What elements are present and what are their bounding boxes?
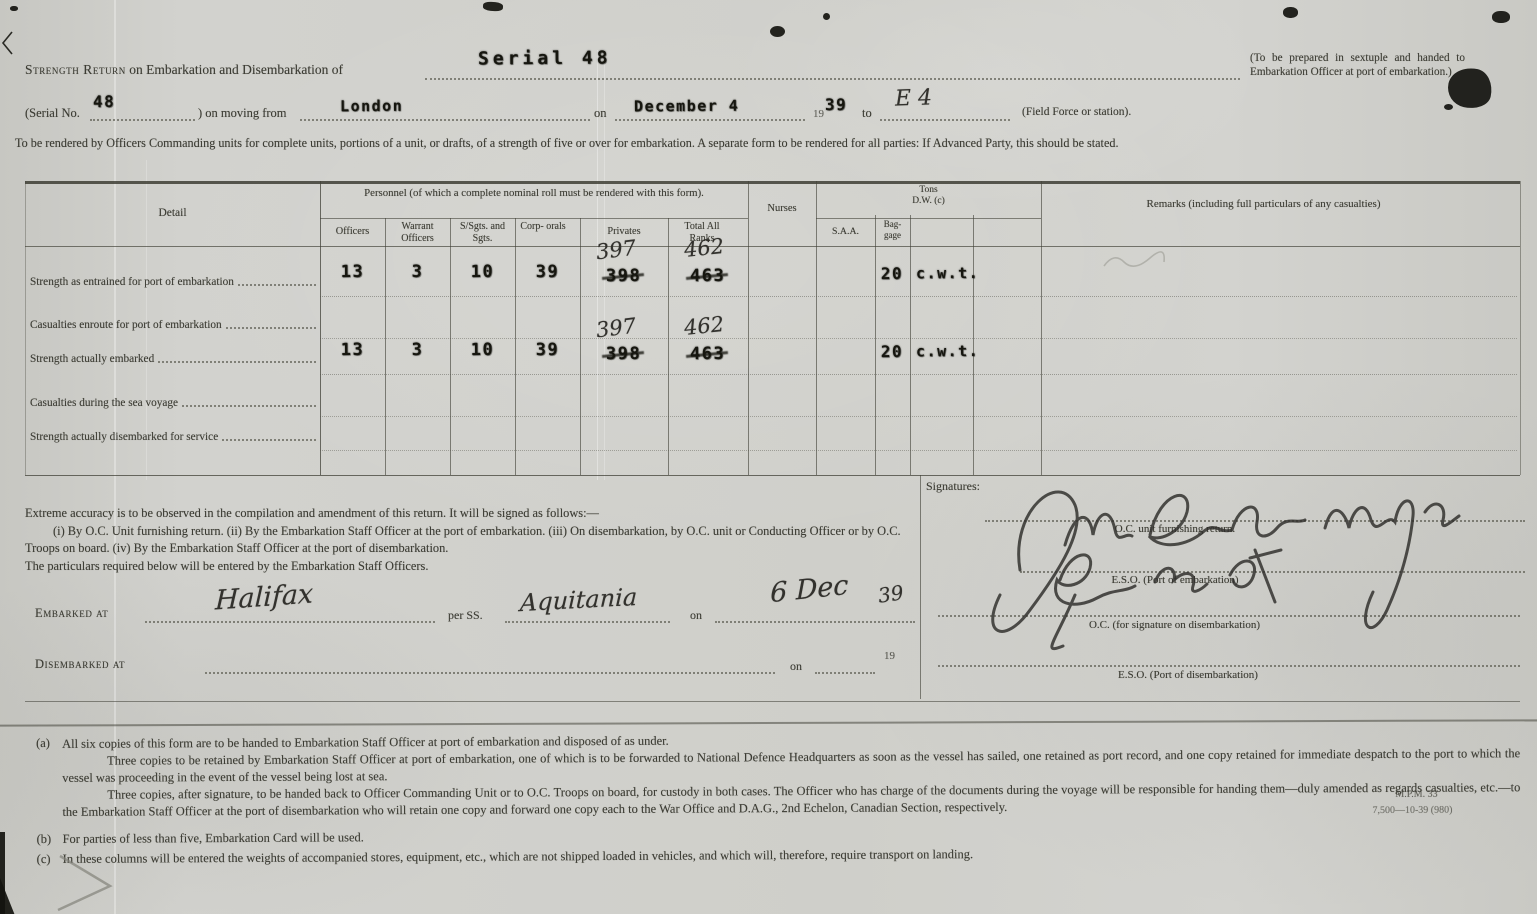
table-row-label: Casualties enroute for port of embarkati… [30,319,316,331]
scanned-strength-return-form: Serial 48 Strength Return on Embarkation… [0,0,1537,914]
detail-column-header: Detail [25,207,320,221]
column-line [668,218,669,475]
table-row-label: Strength actually disembarked for servic… [30,431,316,443]
prepare-note: (To be prepared in sextuple and handed t… [1250,52,1465,79]
remarks-column-header: Remarks (including full particulars of a… [1041,198,1486,211]
dotted-leader [300,116,590,121]
personnel-group-header: Personnel (of which a complete nominal r… [330,187,738,200]
on-label: on [594,106,607,121]
cell-entrained-sgts: 10 [450,262,515,282]
row-label-text: Strength as entrained for port of embark… [30,276,234,288]
year-typed: 39 [825,95,847,114]
total-handwritten-correction: 462 [683,234,725,262]
serial-stamp: Serial 48 [478,48,612,70]
dotted-leader [238,281,316,286]
dotted-leader [715,618,915,623]
table-row-label: Strength as entrained for port of embark… [30,276,316,288]
disembarked-at-label: Disembarked at [35,657,125,672]
to-label: to [862,106,872,121]
privates-typed-struck: 398 [606,266,641,286]
row-label-text: Casualties enroute for port of embarkati… [30,319,222,331]
cell-embarked-warrant: 3 [385,339,450,360]
ship-name-value: Aquitania [520,583,638,617]
pencil-check-mark [52,852,122,914]
signature-box-line [920,475,921,699]
pencil-mark [1098,250,1168,274]
dotted-leader [205,669,775,674]
table-row-label: Casualties during the sea voyage [30,397,316,409]
dotted-leader [158,358,316,363]
embarked-on-label: on [690,608,702,623]
total-typed-struck: 463 [690,344,725,364]
cell-embarked-sgts: 10 [450,340,515,360]
cell-embarked-total: 463 [678,344,738,364]
dotted-leader [182,402,316,407]
scan-speck [1283,7,1298,18]
scan-speck [770,26,785,37]
form-title: Strength Return on Embarkation and Disem… [25,62,343,78]
disembarked-year-printed: 19 [884,650,895,662]
table-top-rule [25,181,1520,184]
sgts-column-header: S/Sgts. and Sgts. [450,221,515,245]
cell-embarked-officers: 13 [320,340,385,360]
cell-entrained-warrant: 3 [385,261,450,282]
ink-blot-satellite [1444,104,1453,110]
cell-entrained-corporals: 39 [515,262,580,282]
footnote-a3: Three copies, after signature, to be han… [62,779,1520,821]
date-value: December 4 [634,97,739,116]
accuracy-p3: The particulars required below will be e… [25,558,913,576]
footnote-b-label: (b) [37,832,52,847]
tons-group-header: Tons D.W. (c) [816,185,1041,207]
footnote-a-label: (a) [36,736,50,751]
cell-embarked-corporals: 39 [515,340,580,360]
dotted-leader [90,116,195,121]
cell-embarked-baggage-unit: c.w.t. [916,342,1026,361]
cell-entrained-total: 463 [678,266,738,286]
nurses-column-header: Nurses [748,203,816,215]
form-title-rest: on Embarkation and Disembarkation of [129,62,343,77]
officers-column-header: Officers [320,226,385,238]
station-note: (Field Force or station). [1022,106,1131,118]
table-header-rule [816,218,1041,219]
row-rule [320,415,1517,417]
column-line [1520,181,1521,475]
table-row-label: Strength actually embarked [30,353,316,365]
table-header-bottom-rule [25,246,1520,247]
disembarked-on-label: on [790,659,802,674]
footnote-divider-rule [0,719,1537,726]
privates-handwritten-correction: 397 [595,314,638,343]
dotted-leader [615,116,805,121]
form-title-lead: Strength Return [25,62,126,77]
privates-typed-struck: 398 [606,344,641,364]
column-line [580,218,581,475]
dotted-leader [505,618,670,623]
embarked-at-label: Embarked at [35,606,108,621]
scan-speck [1492,11,1510,23]
accuracy-note: Extreme accuracy is to be observed in th… [25,505,913,575]
accuracy-p1: Extreme accuracy is to be observed in th… [25,505,913,523]
moving-from-value: London [340,97,403,115]
baggage-column-header: Bag- gage [876,219,909,240]
dotted-leader [145,618,435,623]
accuracy-p2: (i) By O.C. Unit furnishing return. (ii)… [25,523,913,558]
cell-entrained-baggage: 20 [872,264,912,283]
footnote-c: In these columns will be entered the wei… [63,844,1523,867]
destination-value: E 4 [895,85,933,111]
scan-speck [483,1,504,11]
dotted-leader [815,669,875,674]
serial-no-label: (Serial No. [25,106,80,121]
row-rule [320,295,1517,297]
scan-speck [823,13,830,20]
row-label-text: Strength actually disembarked for servic… [30,431,218,443]
print-reference-line2: 7,500—10-39 (980) [1372,805,1452,816]
per-ss-label: per SS. [448,608,483,623]
corporals-column-header: Corp- orals [517,221,569,233]
total-typed-struck: 463 [690,266,725,286]
footnote-b: For parties of less than five, Embarkati… [63,825,1463,847]
handwritten-signatures [925,450,1535,705]
moving-from-label: ) on moving from [198,106,287,121]
cell-embarked-privates: 398 [592,344,656,364]
embarked-year-value: 39 [876,580,905,607]
dotted-leader [226,324,316,329]
footnote-c-label: (c) [37,852,51,867]
saa-column-header: S.A.A. [816,226,875,238]
print-reference-line1: M.P.M. 33 [1395,789,1437,800]
dotted-leader [880,116,1010,121]
column-line [25,181,26,475]
scan-speck [10,6,18,11]
tons-group-line1: Tons [816,185,1041,196]
margin-tick-mark [1,30,15,56]
warrant-officers-column-header: Warrant Officers [385,221,450,245]
row-rule [320,373,1517,375]
total-handwritten-correction: 462 [683,312,725,340]
column-line [1041,181,1042,475]
cell-entrained-officers: 13 [320,262,385,282]
year-printed: 19 [813,108,824,120]
cell-entrained-baggage-unit: c.w.t. [916,264,1026,283]
dotted-leader [425,75,1240,80]
cell-embarked-baggage: 20 [872,342,912,361]
privates-handwritten-correction: 397 [595,236,638,265]
row-label-text: Strength actually embarked [30,353,154,365]
row-rule [320,337,1517,339]
dotted-leader [222,436,316,441]
column-line [748,181,749,475]
embarked-port-value: Halifax [215,578,314,616]
cell-entrained-privates: 398 [592,266,656,286]
instruction-note: To be rendered by Officers Commanding un… [15,136,1295,152]
row-label-text: Casualties during the sea voyage [30,397,178,409]
embarked-date-value: 6 Dec [770,570,848,609]
tons-group-line2: D.W. (c) [816,196,1041,207]
serial-no-value: 48 [93,92,115,111]
